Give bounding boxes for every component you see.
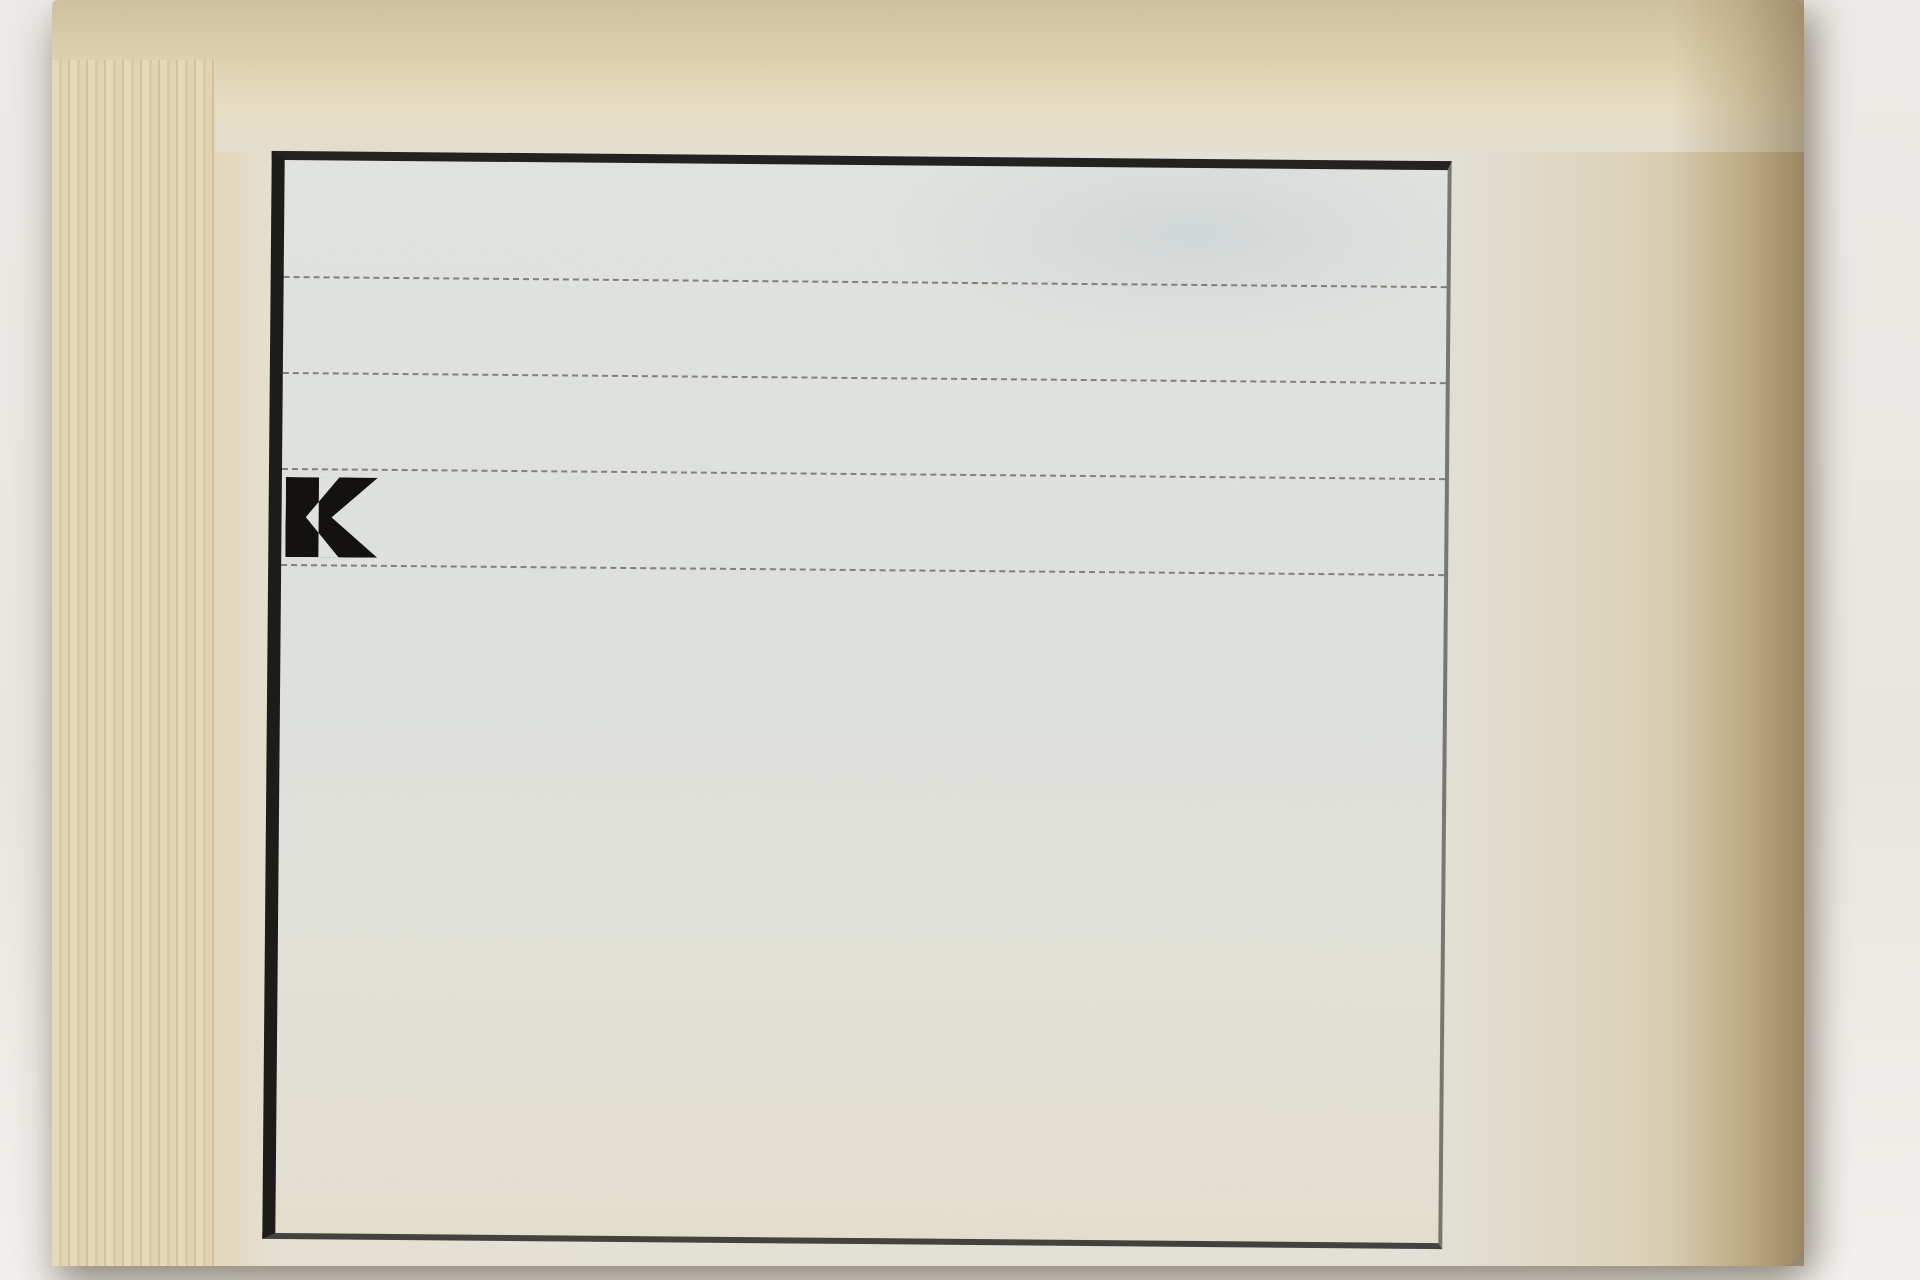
printed-page-frame (262, 151, 1451, 1249)
text-columns (275, 160, 1447, 1243)
book-top-edge (52, 0, 1804, 152)
cut-off-bottom-row (352, 1238, 1112, 1268)
section-row (281, 470, 1445, 576)
book-left-edge (52, 60, 215, 1266)
photo (0, 0, 1920, 1280)
fishtail-icon (285, 477, 378, 558)
attribution-row-1 (283, 278, 1447, 384)
book (52, 0, 1804, 1266)
book-gutter-shadow (1672, 0, 1804, 1266)
attribution-row-2 (282, 374, 1446, 480)
entry-title-row (280, 566, 1444, 668)
title-row (284, 160, 1448, 288)
